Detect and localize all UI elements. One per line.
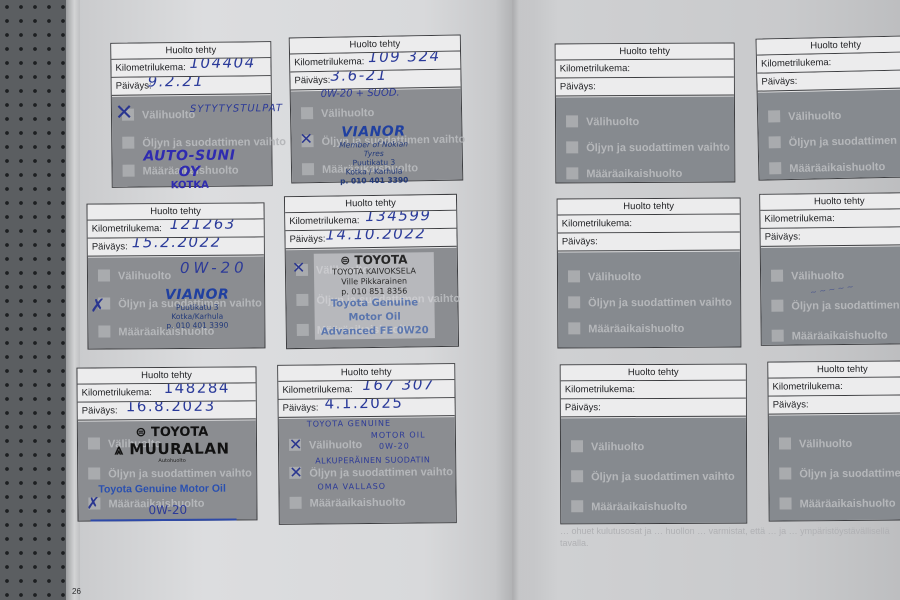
card-header: Huolto tehty — [556, 44, 734, 61]
option-maaraaikaishuolto: Määräaikaishuolto — [769, 160, 885, 176]
odometer-label: Kilometrilukema: — [82, 387, 152, 398]
odometer-row: Kilometrilukema: — [561, 381, 746, 400]
date-label: Päiväys: — [294, 75, 330, 87]
check-mark-icon: ✗ — [86, 493, 100, 512]
odometer-value: 104404 — [189, 58, 255, 72]
card-options: Välihuolto Öljyn ja suodattimen vaihto M… — [758, 89, 900, 179]
odometer-row: Kilometrilukema: 104404 — [111, 58, 270, 78]
date-row: Päiväys: — [556, 78, 734, 97]
odometer-row: Kilometrilukema: 134599 — [285, 211, 456, 231]
handwritten-note: TOYOTA GENUINE — [307, 419, 391, 429]
option-oljyn-vaihto: Öljyn ja suodattimen vaihto — [566, 141, 730, 156]
checkbox — [771, 270, 783, 282]
checkbox — [88, 467, 100, 479]
odometer-label: Kilometrilukema: — [761, 57, 831, 69]
odometer-label: Kilometrilukema: — [115, 62, 185, 74]
odometer-row: Kilometrilukema: 121263 — [88, 219, 264, 238]
date-row: Päiväys: 4.1.2025 — [279, 398, 455, 418]
checkbox — [566, 115, 578, 127]
option-oljyn-vaihto: Öljyn ja suodattimen vaihto — [571, 470, 735, 485]
date-row: Päiväys: — [761, 227, 900, 247]
service-card-empty-4: Huolto tehty Kilometrilukema: Päiväys: V… — [759, 192, 900, 346]
card-header: Huolto tehty — [278, 364, 454, 382]
card-options: Välihuolto Öljyn ja suodattimen vaihto M… — [769, 414, 900, 520]
odometer-value: 148284 — [164, 383, 230, 397]
card-header: Huolto tehty — [111, 42, 270, 60]
date-value: 15.2.2022 — [132, 237, 222, 251]
card-header: Huolto tehty — [760, 193, 900, 211]
card-header: Huolto tehty — [768, 361, 900, 378]
checkbox — [571, 500, 583, 512]
service-card-1: Huolto tehty Kilometrilukema: 104404 Päi… — [110, 41, 273, 188]
option-oljyn-vaihto: Öljyn ja suodattimen vaihto — [88, 466, 252, 481]
odometer-label: Kilometrilukema: — [294, 56, 364, 68]
odometer-row: Kilometrilukema: — [556, 60, 734, 79]
check-mark-icon: ✕ — [289, 463, 303, 482]
card-header: Huolto tehty — [561, 365, 746, 382]
service-card-empty-3: Huolto tehty Kilometrilukema: Päiväys: V… — [557, 198, 742, 349]
checkbox — [301, 107, 313, 119]
checkbox — [568, 296, 580, 308]
option-maaraaikaishuolto: Määräaikaishuolto — [772, 329, 888, 344]
option-valihuolto: Välihuolto — [98, 269, 171, 284]
option-oljyn-vaihto: Öljyn ja suodattimen vaihto — [771, 298, 900, 314]
card-options: Välihuolto Öljyn ja suodattimen vaihto M… — [112, 95, 272, 187]
option-oljyn-vaihto: Öljyn ja suodattimen vaihto — [289, 465, 453, 481]
oil-stamp: Toyota Genuine Motor Oil — [98, 483, 226, 496]
date-row: Päiväys: — [561, 399, 746, 418]
option-maaraaikaishuolto: Määräaikaishuolto — [571, 500, 687, 514]
card-header: Huolto tehty — [87, 203, 263, 220]
date-value: 9.2.21 — [148, 76, 205, 90]
service-card-empty-2: Huolto tehty Kilometrilukema: Päiväys: V… — [756, 35, 900, 180]
checkbox — [566, 167, 578, 179]
handwritten-note: 0W-20 — [180, 258, 248, 276]
option-valihuolto: Välihuolto — [566, 115, 639, 129]
option-oljyn-vaihto: Öljyn ja suodattimen vaihto — [769, 133, 900, 150]
checkbox — [771, 300, 783, 312]
date-label: Päiväys: — [560, 81, 596, 92]
date-label: Päiväys: — [289, 234, 325, 246]
service-card-6: Huolto tehty Kilometrilukema: 167 307 Pä… — [277, 363, 457, 525]
option-valihuolto: Välihuolto — [568, 270, 641, 284]
checkbox — [772, 330, 784, 342]
checkbox — [779, 437, 791, 449]
date-value: 14.10.2022 — [325, 229, 426, 244]
handwritten-note: MOTOR OIL — [371, 430, 426, 440]
check-mark-icon: ✕ — [292, 258, 306, 277]
dealer-stamp: VIANOR Puutikatu 3 Kotka/Karhula p. 010 … — [156, 287, 238, 331]
card-options: Välihuolto Öljyn ja suodattimen vaihto M… — [78, 420, 257, 520]
date-label: Päiväys: — [773, 399, 809, 410]
dealer-stamp: ⊜ TOYOTA TOYOTA KAIVOKSELA Ville Pikkara… — [314, 252, 435, 340]
option-valihuolto: Välihuolto — [571, 440, 644, 454]
checkbox — [568, 322, 580, 334]
option-valihuolto: Välihuolto — [779, 437, 852, 452]
odometer-label: Kilometrilukema: — [772, 381, 842, 393]
checkbox — [122, 137, 134, 149]
card-options: Välihuolto Öljyn ja suodattimen vaihto M… — [88, 256, 265, 348]
service-card-2: Huolto tehty Kilometrilukema: 109 324 Pä… — [289, 35, 464, 184]
option-maaraaikaishuolto: Määräaikaishuolto — [566, 167, 682, 182]
option-maaraaikaishuolto: Määräaikaishuolto — [568, 322, 684, 337]
date-label: Päiväys: — [82, 405, 118, 416]
card-options: Välihuolto Öljyn ja suodattimen vaihto M… — [291, 89, 463, 183]
odometer-row: Kilometrilukema: — [768, 377, 900, 396]
option-valihuolto: Välihuolto — [301, 106, 374, 121]
odometer-label: Kilometrilukema: — [565, 384, 635, 395]
handwritten-note: 0W-20 — [379, 442, 410, 451]
service-card-empty-6: Huolto tehty Kilometrilukema: Päiväys: V… — [767, 360, 900, 521]
option-oljyn-vaihto: Öljyn ja suodattimen vaihto — [779, 466, 900, 481]
checkbox — [98, 269, 110, 281]
check-mark-icon: ✕ — [115, 101, 134, 126]
odometer-label: Kilometrilukema: — [289, 215, 359, 227]
toyota-logo-icon: ⊜ — [340, 253, 350, 267]
odometer-label: Kilometrilukema: — [92, 223, 162, 234]
odometer-label: Kilometrilukema: — [560, 63, 630, 74]
odometer-label: Kilometrilukema: — [562, 218, 632, 229]
option-maaraaikaishuolto: Määräaikaishuolto — [779, 497, 895, 512]
service-card-4: Huolto tehty Kilometrilukema: 134599 Päi… — [284, 194, 459, 349]
date-label: Päiväys: — [92, 241, 128, 252]
option-oljyn-vaihto: Öljyn ja suodattimen vaihto — [568, 296, 732, 311]
option-valihuolto: Välihuolto — [768, 109, 841, 125]
checkbox — [566, 141, 578, 153]
service-card-empty-5: Huolto tehty Kilometrilukema: Päiväys: V… — [560, 364, 748, 525]
option-maaraaikaishuolto: Määräaikaishuolto — [290, 496, 406, 511]
checkbox — [88, 437, 100, 449]
date-label: Päiväys: — [565, 402, 601, 413]
date-label: Päiväys: — [283, 403, 319, 414]
odometer-label: Kilometrilukema: — [764, 213, 834, 225]
date-row: Päiväys: 14.10.2022 — [285, 229, 456, 249]
dealer-stamp: AUTO-SUNI OY KOTKA — [134, 147, 244, 191]
card-options: Välihuolto Öljyn ja suodattimen vaihto M… — [558, 252, 740, 348]
odometer-row: Kilometrilukema: — [558, 215, 740, 234]
odometer-value: 109 324 — [368, 52, 441, 67]
card-header: Huolto tehty — [77, 367, 255, 384]
muuralan-logo-icon: ⩓ — [115, 440, 124, 458]
checkbox — [568, 270, 580, 282]
date-label: Päiväys: — [116, 80, 152, 91]
checkbox — [98, 325, 110, 337]
odometer-value: 167 307 — [362, 380, 435, 394]
checkbox — [290, 497, 302, 509]
check-mark-icon: ✗ — [90, 295, 105, 316]
odometer-value: 121263 — [170, 219, 236, 233]
checkbox — [296, 294, 308, 306]
date-row: Päiväys: — [769, 395, 900, 414]
handwritten-note: OMA VALLASO — [317, 482, 386, 492]
handwritten-note: ALKUPERÄINEN SUODATIN — [315, 455, 430, 465]
book-gutter — [495, 0, 535, 600]
handwritten-note: 0W-20 — [148, 503, 187, 517]
toyota-logo-icon: ⊜ — [135, 425, 146, 440]
date-row: Päiväys: 16.8.2023 — [78, 401, 256, 420]
odometer-row: Kilometrilukema: 167 307 — [278, 380, 454, 400]
handwritten-note: SYTYTYSTULPAT — [190, 103, 283, 115]
dealer-stamp: ⊜ TOYOTA ⩓ MUURALAN Autohuolto — [112, 425, 232, 465]
checkbox — [779, 497, 791, 509]
date-row: Päiväys: — [757, 70, 900, 91]
check-mark-icon: ✕ — [299, 129, 313, 148]
service-card-3: Huolto tehty Kilometrilukema: 121263 Päi… — [86, 202, 265, 349]
checkbox — [768, 110, 780, 122]
checkbox — [571, 470, 583, 482]
service-card-empty-1: Huolto tehty Kilometrilukema: Päiväys: V… — [555, 43, 736, 184]
odometer-row: Kilometrilukema: — [760, 209, 900, 229]
date-value: 16.8.2023 — [126, 401, 216, 415]
checkbox — [769, 136, 781, 148]
card-options: Välihuolto Öljyn ja suodattimen vaihto M… — [556, 97, 734, 183]
checkbox — [297, 324, 309, 336]
service-card-5: Huolto tehty Kilometrilukema: 148284 Päi… — [76, 366, 257, 521]
card-options: Välihuolto Öljyn ja suodattimen vaihto M… — [561, 418, 746, 524]
handwritten-note: 0W-20 + SUOD. — [321, 88, 400, 100]
bleed-through-text: … ohuet kulutusosat ja … huollon … varmi… — [560, 525, 900, 549]
card-header: Huolto tehty — [558, 199, 740, 216]
page-number: 26 — [72, 587, 81, 596]
option-valihuolto: Välihuolto — [771, 269, 844, 284]
card-options: Välihuolto Öljyn ja suodattimen vaihto M… — [279, 417, 456, 524]
date-row: Päiväys: — [558, 233, 740, 252]
date-value: 3.6-21 — [330, 70, 388, 85]
date-label: Päiväys: — [761, 76, 797, 88]
odometer-value: 134599 — [365, 211, 431, 225]
odometer-label: Kilometrilukema: — [282, 384, 352, 396]
checkbox — [779, 467, 791, 479]
card-options: Välihuolto Öljyn ja suodattimen vaihto M… — [286, 248, 458, 348]
date-value: 4.1.2025 — [324, 398, 403, 412]
dealer-stamp: VIANOR Member of Nokian Tyres Puutikatu … — [333, 123, 414, 185]
checkbox — [302, 163, 314, 175]
date-label: Päiväys: — [562, 236, 598, 247]
checkbox — [123, 165, 135, 177]
card-options: Välihuolto Öljyn ja suodattimen vaihto M… — [761, 246, 900, 345]
date-row: Päiväys: 9.2.21 — [112, 76, 271, 96]
checkbox — [571, 440, 583, 452]
date-row: Päiväys: 15.2.2022 — [88, 237, 264, 256]
odometer-row: Kilometrilukema: 148284 — [78, 383, 256, 402]
checkbox — [769, 162, 781, 174]
date-label: Päiväys: — [765, 231, 801, 242]
check-mark-icon: ✕ — [289, 435, 303, 454]
